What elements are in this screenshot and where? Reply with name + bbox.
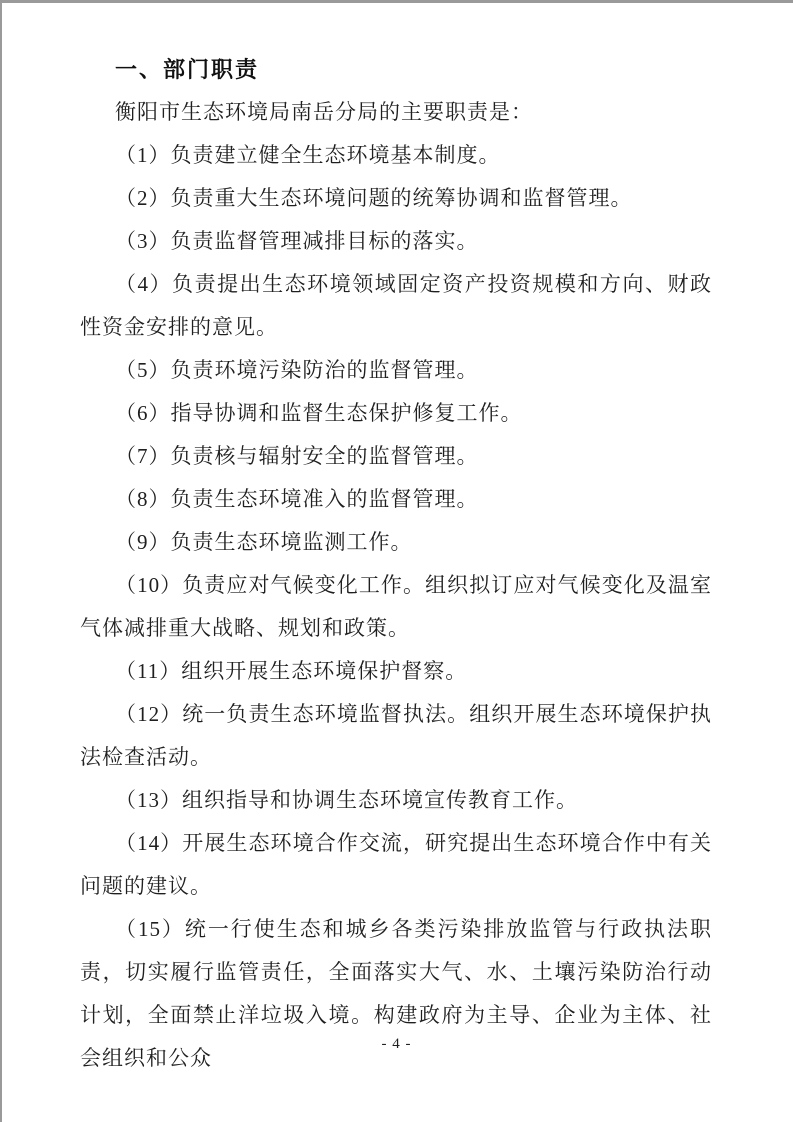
document-content: 一、部门职责 衡阳市生态环境局南岳分局的主要职责是： （1）负责建立健全生态环境… [80, 48, 712, 1080]
section-heading: 一、部门职责 [80, 48, 712, 91]
duty-item-13: （13）组织指导和协调生态环境宣传教育工作。 [80, 779, 712, 822]
duty-item-12: （12）统一负责生态环境监督执法。组织开展生态环境保护执法检查活动。 [80, 693, 712, 779]
intro-paragraph: 衡阳市生态环境局南岳分局的主要职责是： [80, 91, 712, 134]
page-footer: - 4 - [0, 1036, 793, 1053]
duty-item-7: （7）负责核与辐射安全的监督管理。 [80, 435, 712, 478]
page-number: - 4 - [382, 1036, 412, 1052]
duty-item-10: （10）负责应对气候变化工作。组织拟订应对气候变化及温室气体减排重大战略、规划和… [80, 564, 712, 650]
duty-item-14: （14）开展生态环境合作交流，研究提出生态环境合作中有关问题的建议。 [80, 822, 712, 908]
document-page: 一、部门职责 衡阳市生态环境局南岳分局的主要职责是： （1）负责建立健全生态环境… [0, 0, 793, 1122]
duty-item-11: （11）组织开展生态环境保护督察。 [80, 650, 712, 693]
duty-item-9: （9）负责生态环境监测工作。 [80, 521, 712, 564]
duty-item-15: （15）统一行使生态和城乡各类污染排放监管与行政执法职责，切实履行监管责任，全面… [80, 908, 712, 1080]
duty-item-8: （8）负责生态环境准入的监督管理。 [80, 478, 712, 521]
duty-item-1: （1）负责建立健全生态环境基本制度。 [80, 134, 712, 177]
scan-edge-left [0, 0, 2, 1122]
duty-item-2: （2）负责重大生态环境问题的统筹协调和监督管理。 [80, 177, 712, 220]
duty-item-3: （3）负责监督管理减排目标的落实。 [80, 220, 712, 263]
scan-edge-top [0, 0, 793, 3]
duty-item-5: （5）负责环境污染防治的监督管理。 [80, 349, 712, 392]
duty-item-6: （6）指导协调和监督生态保护修复工作。 [80, 392, 712, 435]
duty-item-4: （4）负责提出生态环境领域固定资产投资规模和方向、财政性资金安排的意见。 [80, 263, 712, 349]
